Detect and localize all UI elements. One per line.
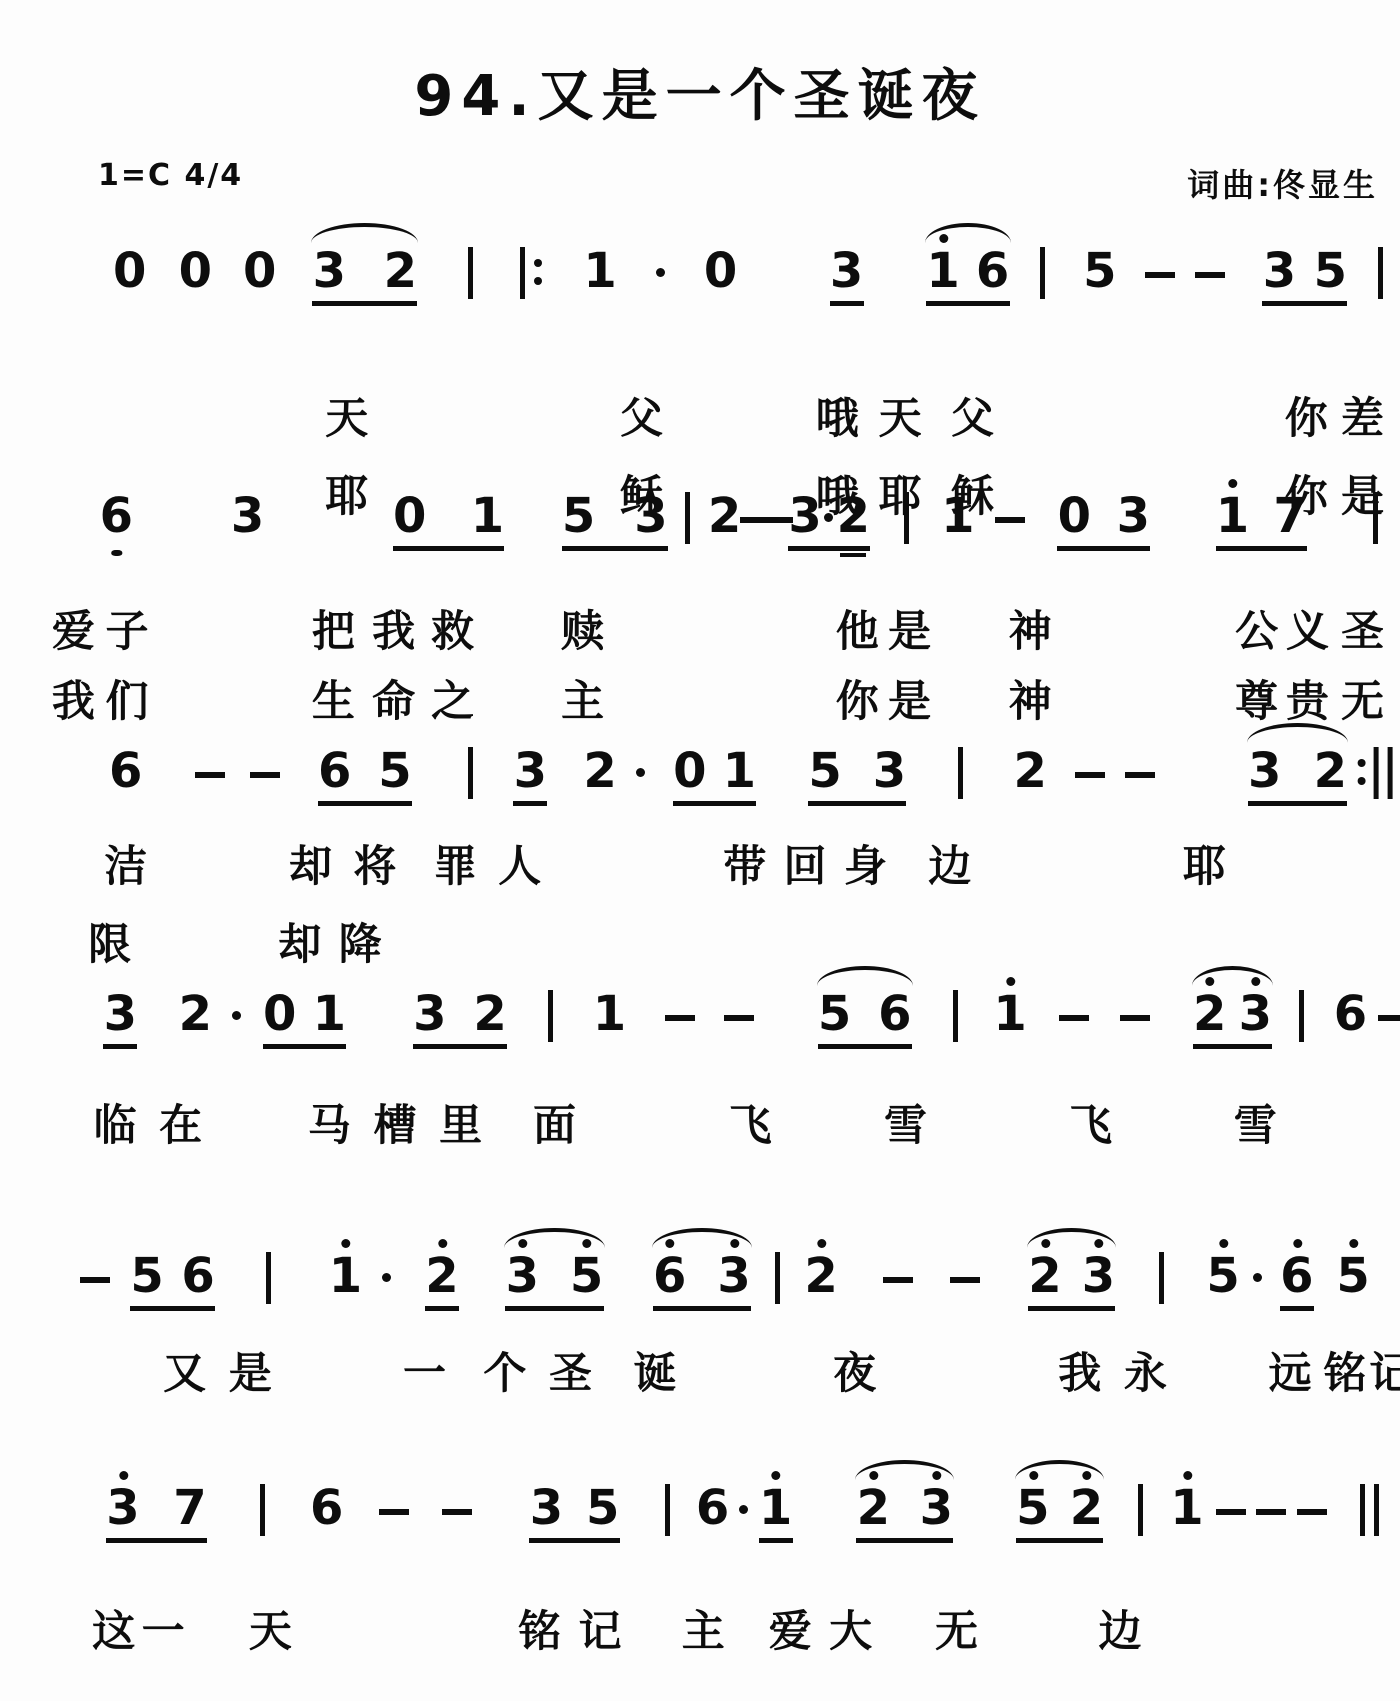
note-digit: 2 xyxy=(1193,988,1226,1040)
rest-digit: 0 xyxy=(113,245,146,297)
note-digit: 1 xyxy=(1170,1482,1203,1534)
lyric-char: 主 xyxy=(561,668,604,729)
lyric-char: 救 xyxy=(431,598,474,659)
note-digit: 5 xyxy=(570,1250,603,1302)
note-digit: 3 xyxy=(104,988,137,1040)
octave-dot-high xyxy=(1006,977,1015,986)
note-digit: 1 xyxy=(1216,490,1249,542)
lyric-char: 却 xyxy=(289,833,332,894)
note-digit: 7 xyxy=(173,1482,206,1534)
note-digit: 6 xyxy=(181,1250,214,1302)
lyric-char: 洁 xyxy=(104,833,147,894)
beam-underline xyxy=(1248,801,1348,806)
lyric-char: 生 xyxy=(312,668,355,729)
duration-dash xyxy=(950,1277,980,1283)
lyric-char: 一 xyxy=(142,1598,185,1659)
slur-arc xyxy=(311,223,418,243)
note-digit: 2 xyxy=(179,988,212,1040)
notes-row: 0003210316535 xyxy=(60,235,1400,315)
note-digit: 3 xyxy=(413,988,446,1040)
rest-digit: 0 xyxy=(179,245,212,297)
note-digit: 2 xyxy=(1028,1250,1061,1302)
duration-dash xyxy=(1059,1015,1089,1021)
duration-dash xyxy=(1256,1509,1286,1515)
lyric-char: 降 xyxy=(339,911,382,972)
octave-dot-high xyxy=(1206,977,1215,986)
barline xyxy=(1159,1252,1164,1304)
note-digit: 5 xyxy=(1314,245,1347,297)
octave-dot-high xyxy=(730,1239,739,1248)
beam-underline xyxy=(505,1306,603,1311)
note-digit: 3 xyxy=(514,745,547,797)
duration-dash xyxy=(1075,772,1105,778)
note-digit: 3 xyxy=(920,1482,953,1534)
note-digit: 3 xyxy=(506,1250,539,1302)
lyric-char: 圣 xyxy=(549,1340,592,1401)
note-digit: 6 xyxy=(109,745,142,797)
lyric-char: 临 xyxy=(93,1092,136,1153)
note-digit: 3 xyxy=(1248,745,1281,797)
note-digit: 3 xyxy=(231,490,264,542)
lyric-char: 把 xyxy=(312,598,355,659)
note-digit: 5 xyxy=(130,1250,163,1302)
note-digit: 1 xyxy=(993,988,1026,1040)
duration-dash xyxy=(665,1015,695,1021)
octave-dot-high xyxy=(666,1239,675,1248)
repeat-dot xyxy=(1357,777,1365,785)
lyric-char: 带 xyxy=(723,833,766,894)
note-digit: 5 xyxy=(1083,245,1116,297)
notes-row: 376356123521 xyxy=(60,1472,1400,1552)
key-time-signature: 1=C 4/4 xyxy=(98,158,243,193)
duration-dash xyxy=(1145,272,1175,278)
lyric-char: 赎 xyxy=(561,598,604,659)
note-digit: 5 xyxy=(562,490,595,542)
augmentation-dot xyxy=(382,1273,391,1282)
note-digit: 6 xyxy=(976,245,1009,297)
barline xyxy=(958,747,963,799)
lyric-char: 我 xyxy=(52,668,95,729)
beam-underline xyxy=(673,801,757,806)
lyric-char: 又 xyxy=(163,1340,206,1401)
note-digit: 3 xyxy=(830,245,863,297)
duration-dash xyxy=(1120,1015,1150,1021)
barline xyxy=(1138,1484,1143,1536)
rest-digit: 0 xyxy=(263,988,296,1040)
beam-underline xyxy=(425,1306,459,1311)
barline xyxy=(260,1484,265,1536)
lyric-char: 神 xyxy=(1009,668,1052,729)
augmentation-dot xyxy=(636,768,645,777)
augmentation-dot xyxy=(656,268,665,277)
lyric-char: 天 xyxy=(879,385,922,446)
augmentation-dot xyxy=(824,513,833,522)
lyric-char: 大 xyxy=(829,1598,872,1659)
lyric-char: 我 xyxy=(1058,1340,1101,1401)
note-digit: 3 xyxy=(788,490,821,542)
octave-dot-high xyxy=(939,234,948,243)
lyric-char: 夜 xyxy=(833,1340,876,1401)
note-digit: 5 xyxy=(1016,1482,1049,1534)
beam-underline xyxy=(840,553,866,557)
note-digit: 1 xyxy=(329,1250,362,1302)
lyric-char: 铭 xyxy=(518,1598,561,1659)
octave-dot-high xyxy=(119,1471,128,1480)
lyric-row-1: 这一天铭记主爱大无边 xyxy=(60,1598,1400,1658)
lyric-char: 义 xyxy=(1286,598,1329,659)
note-digit: 3 xyxy=(1263,245,1296,297)
note-digit: 2 xyxy=(708,490,741,542)
lyric-char: 天 xyxy=(249,1598,292,1659)
note-digit: 6 xyxy=(878,988,911,1040)
lyric-char: 主 xyxy=(682,1598,725,1659)
note-digit: 2 xyxy=(384,245,417,297)
notes-row: 56123563223565 xyxy=(60,1240,1400,1320)
lyric-char: 远 xyxy=(1269,1340,1312,1401)
lyric-char: 我 xyxy=(372,598,415,659)
note-digit: 1 xyxy=(941,490,974,542)
lyric-char: 边 xyxy=(928,833,971,894)
lyric-char: 天 xyxy=(325,385,368,446)
lyric-char: 贵 xyxy=(1286,668,1329,729)
beam-underline xyxy=(529,1538,619,1543)
lyric-char: 命 xyxy=(372,668,415,729)
octave-dot-low xyxy=(111,550,122,556)
beam-underline xyxy=(818,1044,912,1049)
repeat-dot xyxy=(534,277,542,285)
octave-dot-high xyxy=(1095,1239,1104,1248)
repeat-dot xyxy=(1357,759,1365,767)
note-digit: 2 xyxy=(583,745,616,797)
lyric-char: 无 xyxy=(935,1598,978,1659)
note-digit: 5 xyxy=(818,988,851,1040)
beam-underline xyxy=(759,1538,793,1543)
octave-dot-high xyxy=(1251,977,1260,986)
lyric-char: 回 xyxy=(784,833,827,894)
beam-underline xyxy=(393,546,505,551)
lyric-char: 爱 xyxy=(769,1598,812,1659)
octave-dot-high xyxy=(1349,1239,1358,1248)
lyric-char: 飞 xyxy=(1069,1092,1112,1153)
octave-dot-high xyxy=(772,1471,781,1480)
beam-underline xyxy=(106,1538,207,1543)
barline xyxy=(1373,492,1378,544)
duration-dash xyxy=(883,1277,913,1283)
augmentation-dot xyxy=(739,1505,748,1514)
note-digit: 3 xyxy=(313,245,346,297)
lyric-char: 槽 xyxy=(374,1092,417,1153)
lyric-row-1: 洁却将罪人带回身边耶 xyxy=(60,833,1400,893)
lyric-char: 永 xyxy=(1124,1340,1167,1401)
beam-underline xyxy=(926,301,1010,306)
barline xyxy=(1374,1484,1379,1536)
lyric-char: 记 xyxy=(1369,1340,1400,1401)
note-digit: 6 xyxy=(1334,988,1367,1040)
barline xyxy=(1373,747,1378,799)
rest-digit: 0 xyxy=(243,245,276,297)
note-digit: 6 xyxy=(100,490,133,542)
note-digit: 3 xyxy=(873,745,906,797)
note-digit: 5 xyxy=(586,1482,619,1534)
note-digit: 6 xyxy=(653,1250,686,1302)
beam-underline xyxy=(1016,1538,1104,1543)
lyric-row-1: 爱子把我救赎他是神公义圣 xyxy=(60,598,1400,658)
duration-dash xyxy=(379,1509,409,1515)
beam-underline xyxy=(1193,1044,1273,1049)
octave-dot-high xyxy=(869,1471,878,1480)
lyric-char: 铭 xyxy=(1324,1340,1367,1401)
lyric-row-1: 天父哦天父你差 xyxy=(60,385,1400,445)
lyric-char: 人 xyxy=(498,833,541,894)
note-digit: 1 xyxy=(313,988,346,1040)
sheet-music-page: 94.又是一个圣诞夜 1=C 4/4 词曲:佟显生 0003210316535天… xyxy=(0,0,1400,1701)
lyric-char: 罪 xyxy=(434,833,477,894)
beam-underline xyxy=(263,1044,347,1049)
note-digit: 1 xyxy=(723,745,756,797)
beam-underline xyxy=(653,1306,751,1311)
lyric-char: 面 xyxy=(533,1092,576,1153)
lyric-char: 们 xyxy=(106,668,149,729)
lyric-char: 却 xyxy=(278,911,321,972)
rest-digit: 0 xyxy=(673,745,706,797)
barline xyxy=(520,247,525,299)
note-digit: 2 xyxy=(804,1250,837,1302)
lyric-char: 父 xyxy=(620,385,663,446)
lyric-char: 子 xyxy=(106,598,149,659)
note-digit: 5 xyxy=(808,745,841,797)
lyric-char: 将 xyxy=(353,833,396,894)
barline xyxy=(266,1252,271,1304)
lyric-char: 边 xyxy=(1098,1598,1141,1659)
beam-underline xyxy=(830,301,864,306)
lyric-char: 他 xyxy=(836,598,879,659)
lyric-char: 你 xyxy=(1285,385,1328,446)
note-digit: 2 xyxy=(857,1482,890,1534)
beam-underline xyxy=(312,301,417,306)
beam-underline xyxy=(1262,301,1347,306)
note-digit: 1 xyxy=(593,988,626,1040)
note-digit: 5 xyxy=(378,745,411,797)
lyric-char: 是 xyxy=(888,598,931,659)
lyric-char: 差 xyxy=(1341,385,1384,446)
beam-underline xyxy=(1028,1306,1116,1311)
octave-dot-high xyxy=(1183,1471,1192,1480)
barline xyxy=(775,1252,780,1304)
duration-dash xyxy=(80,1277,110,1283)
octave-dot-high xyxy=(932,1471,941,1480)
lyric-row-2: 我们生命之主你是神尊贵无 xyxy=(60,668,1400,728)
note-digit: 2 xyxy=(1314,745,1347,797)
barline xyxy=(685,492,690,544)
notes-row: 665320153232 xyxy=(60,735,1400,815)
barline xyxy=(468,747,473,799)
lyric-row-2: 限却降 xyxy=(60,911,1400,971)
note-digit: 6 xyxy=(318,745,351,797)
lyric-char: 公 xyxy=(1235,598,1278,659)
octave-dot-high xyxy=(1041,1239,1050,1248)
beam-underline xyxy=(413,1044,507,1049)
note-digit: 7 xyxy=(1273,490,1306,542)
lyric-char: 尊 xyxy=(1235,668,1278,729)
composer-credit: 词曲:佟显生 xyxy=(1187,160,1378,206)
duration-dash xyxy=(442,1509,472,1515)
lyric-char: 之 xyxy=(431,668,474,729)
lyric-row-1: 又是一个圣诞夜我永远铭记 xyxy=(60,1340,1400,1400)
barline xyxy=(1360,1484,1365,1536)
lyric-char: 身 xyxy=(844,833,887,894)
note-digit: 1 xyxy=(583,245,616,297)
note-digit: 6 xyxy=(696,1482,729,1534)
duration-dash xyxy=(195,772,225,778)
note-digit: 1 xyxy=(926,245,959,297)
octave-dot-high xyxy=(341,1239,350,1248)
beam-underline xyxy=(788,546,870,551)
lyric-char: 诞 xyxy=(633,1340,676,1401)
repeat-start-barline xyxy=(520,235,550,315)
note-digit: 6 xyxy=(1280,1250,1313,1302)
final-barline xyxy=(1360,1472,1382,1552)
note-digit: 3 xyxy=(106,1482,139,1534)
lyric-char: 限 xyxy=(88,911,131,972)
octave-dot-high xyxy=(817,1239,826,1248)
barline xyxy=(953,990,958,1042)
beam-underline xyxy=(1280,1306,1314,1311)
note-digit: 2 xyxy=(1013,745,1046,797)
lyric-char: 哦 xyxy=(816,385,859,446)
duration-dash xyxy=(1125,772,1155,778)
beam-underline xyxy=(513,801,547,806)
rest-digit: 0 xyxy=(1058,490,1091,542)
octave-dot-high xyxy=(1029,1471,1038,1480)
lyric-char: 飞 xyxy=(729,1092,772,1153)
lyric-char: 个 xyxy=(483,1340,526,1401)
lyric-char: 这 xyxy=(92,1598,135,1659)
lyric-char: 圣 xyxy=(1341,598,1384,659)
duration-dash xyxy=(1195,272,1225,278)
barline xyxy=(1387,747,1392,799)
barline xyxy=(665,1484,670,1536)
note-digit: 1 xyxy=(471,490,504,542)
lyric-char: 神 xyxy=(1009,598,1052,659)
lyric-char: 雪 xyxy=(884,1092,927,1153)
lyric-row-1: 临在马槽里面飞雪飞雪 xyxy=(60,1092,1400,1152)
lyric-char: 是 xyxy=(229,1340,272,1401)
duration-dash xyxy=(724,1015,754,1021)
lyric-char: 一 xyxy=(403,1340,446,1401)
note-digit: 6 xyxy=(310,1482,343,1534)
octave-dot-high xyxy=(1219,1239,1228,1248)
note-digit: 2 xyxy=(1070,1482,1103,1534)
beam-underline xyxy=(808,801,906,806)
octave-dot-high xyxy=(518,1239,527,1248)
note-digit: 2 xyxy=(473,988,506,1040)
barline xyxy=(548,990,553,1042)
note-digit: 3 xyxy=(1117,490,1150,542)
octave-dot-high xyxy=(1293,1239,1302,1248)
note-digit: 1 xyxy=(759,1482,792,1534)
duration-dash xyxy=(1297,1509,1327,1515)
note-digit: 2 xyxy=(425,1250,458,1302)
lyric-char: 马 xyxy=(308,1092,351,1153)
note-digit: 3 xyxy=(1239,988,1272,1040)
octave-dot-high xyxy=(438,1239,447,1248)
rest-digit: 0 xyxy=(704,245,737,297)
lyric-char: 里 xyxy=(439,1092,482,1153)
beam-underline xyxy=(856,1538,953,1543)
beam-underline xyxy=(1216,546,1308,551)
augmentation-dot xyxy=(232,1011,241,1020)
beam-underline xyxy=(318,801,412,806)
song-title: 94.又是一个圣诞夜 xyxy=(0,52,1400,132)
octave-dot-high xyxy=(1082,1471,1091,1480)
lyric-char: 是 xyxy=(888,668,931,729)
lyric-char: 雪 xyxy=(1234,1092,1277,1153)
barline xyxy=(468,247,473,299)
octave-dot-high xyxy=(1229,479,1238,488)
lyric-char: 无 xyxy=(1341,668,1384,729)
notes-row: 3201321561236 xyxy=(60,978,1400,1058)
duration-dash xyxy=(1216,1509,1246,1515)
note-digit: 3 xyxy=(634,490,667,542)
lyric-char: 父 xyxy=(951,385,994,446)
beam-underline xyxy=(562,546,668,551)
barline xyxy=(1378,247,1383,299)
lyric-char: 耶 xyxy=(1183,833,1226,894)
lyric-char: 你 xyxy=(836,668,879,729)
lyric-char: 记 xyxy=(579,1598,622,1659)
note-digit: 3 xyxy=(530,1482,563,1534)
note-digit: 5 xyxy=(1206,1250,1239,1302)
lyric-char: 爱 xyxy=(52,598,95,659)
repeat-dot xyxy=(534,259,542,267)
beam-underline xyxy=(130,1306,215,1311)
note-digit: 5 xyxy=(1336,1250,1369,1302)
duration-dash xyxy=(1378,1015,1400,1021)
duration-dash xyxy=(995,517,1025,523)
duration-dash xyxy=(250,772,280,778)
barline xyxy=(1299,990,1304,1042)
rest-digit: 0 xyxy=(393,490,426,542)
note-digit: 3 xyxy=(1082,1250,1115,1302)
lyric-char: 在 xyxy=(159,1092,202,1153)
note-digit: 2 xyxy=(837,490,870,542)
repeat-end-barline xyxy=(1357,735,1400,815)
beam-underline xyxy=(103,1044,137,1049)
slur-arc xyxy=(925,223,1011,243)
augmentation-dot xyxy=(1253,1273,1262,1282)
octave-dot-high xyxy=(583,1239,592,1248)
barline xyxy=(904,492,909,544)
notes-row: 63015323210317 xyxy=(60,480,1400,560)
note-digit: 3 xyxy=(717,1250,750,1302)
barline xyxy=(1040,247,1045,299)
beam-underline xyxy=(1057,546,1150,551)
